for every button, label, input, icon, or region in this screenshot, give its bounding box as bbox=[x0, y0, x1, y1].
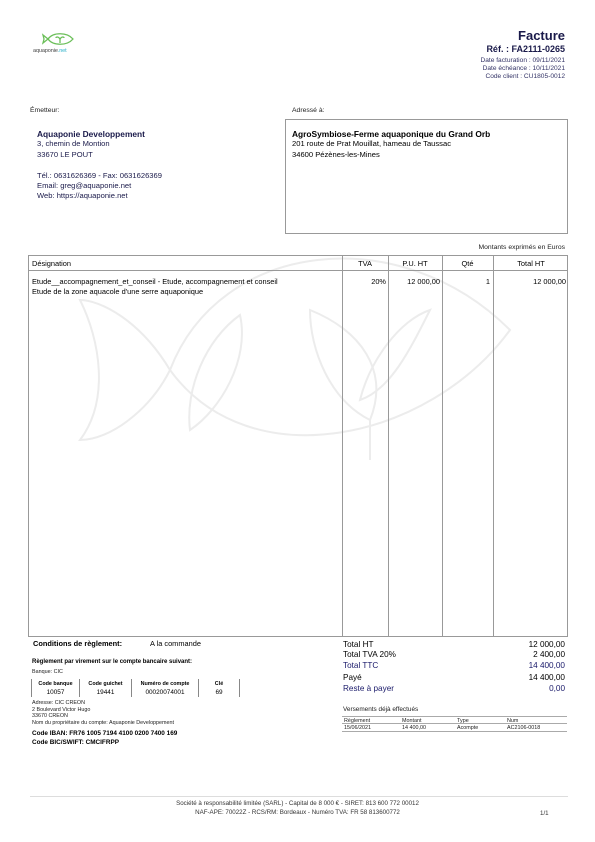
payment-date: 15/06/2021 bbox=[344, 725, 371, 731]
branch-code-value: 19441 bbox=[80, 689, 131, 696]
payments-done-table: Règlement Montant Type Num 15/06/2021 14… bbox=[342, 716, 567, 732]
fish-sprout-logo-icon bbox=[40, 31, 76, 47]
page-number: 1/1 bbox=[540, 810, 549, 817]
designation-description: Etude de la zone aquacole d'une serre aq… bbox=[32, 287, 278, 297]
emitter-name: Aquaponie Developpement bbox=[37, 129, 162, 139]
bank-address-line: 2 Boulevard Victor Hugo bbox=[32, 707, 174, 714]
total-value: 14 400,00 bbox=[529, 661, 565, 670]
account-number-cell: Numéro de compte 00020074001 bbox=[131, 679, 198, 697]
bank-address-line: 33670 CREON bbox=[32, 713, 174, 720]
payments-header-row: Règlement Montant Type Num bbox=[342, 716, 567, 724]
footer-divider bbox=[30, 796, 568, 797]
invoice-date: Date facturation : 09/11/2021 bbox=[480, 57, 565, 65]
recipient-address1: 201 route de Prat Mouillat, hameau de Ta… bbox=[292, 139, 490, 149]
client-code: Code client : CU1805-0012 bbox=[480, 73, 565, 81]
designation-line: Etude__accompagnement_et_conseil - Etude… bbox=[32, 277, 278, 287]
key-value: 69 bbox=[199, 689, 239, 696]
payment-type: Acompte bbox=[457, 725, 478, 731]
document-title: Facture bbox=[518, 28, 565, 43]
payment-num: AC2106-0018 bbox=[507, 725, 540, 731]
table-row: 15/06/2021 14 400,00 Acompte AC2106-0018 bbox=[342, 724, 567, 732]
recipient-label: Adressé à: bbox=[292, 107, 325, 114]
conditions-label: Conditions de règlement: bbox=[33, 639, 122, 648]
company-logo: aquaponie.net bbox=[30, 31, 90, 57]
footer-legal-line2: NAF-APE: 70022Z - RCS/RM: Bordeaux - Num… bbox=[0, 809, 595, 816]
column-divider bbox=[388, 256, 389, 636]
emitter-email[interactable]: Email: greg@aquaponie.net bbox=[37, 181, 162, 191]
header-tva: TVA bbox=[342, 259, 388, 268]
column-divider bbox=[442, 256, 443, 636]
header-total-ht: Total HT bbox=[493, 259, 569, 268]
column-divider bbox=[342, 256, 343, 636]
currency-note: Montants exprimés en Euros bbox=[478, 244, 565, 251]
row-qty: 1 bbox=[442, 277, 490, 286]
bank-code-value: 10057 bbox=[32, 689, 79, 696]
emitter-address2: 33670 LE POUT bbox=[37, 150, 162, 160]
emitter-phone: Tél.: 0631626369 - Fax: 0631626369 bbox=[37, 171, 162, 181]
total-label: Reste à payer bbox=[343, 684, 394, 693]
total-label: Total HT bbox=[343, 640, 373, 649]
key-cell: Clé 69 bbox=[198, 679, 240, 697]
payments-done-title: Versements déjà effectués bbox=[343, 706, 418, 713]
bank-details-table: Code banque 10057 Code guichet 19441 Num… bbox=[31, 679, 241, 697]
payment-amount: 14 400,00 bbox=[402, 725, 426, 731]
row-pu-ht: 12 000,00 bbox=[388, 277, 440, 286]
account-number-header: Numéro de compte bbox=[132, 681, 198, 687]
total-label: Total TVA 20% bbox=[343, 650, 396, 659]
conditions-value: A la commande bbox=[150, 639, 201, 648]
items-table: Désignation TVA P.U. HT Qté Total HT Etu… bbox=[28, 255, 568, 637]
due-date: Date échéance : 10/11/2021 bbox=[480, 65, 565, 73]
invoice-meta: Date facturation : 09/11/2021 Date échéa… bbox=[480, 57, 565, 82]
bic-code: Code BIC/SWIFT: CMCIFRPP bbox=[32, 739, 119, 746]
branch-code-header: Code guichet bbox=[80, 681, 131, 687]
emitter-label: Émetteur: bbox=[30, 107, 59, 114]
bank-name: Banque: CIC bbox=[32, 669, 63, 675]
header-pu-ht: P.U. HT bbox=[388, 259, 442, 268]
emitter-block: Aquaponie Developpement 3, chemin de Mon… bbox=[37, 129, 162, 202]
recipient-block: AgroSymbiose-Ferme aquaponique du Grand … bbox=[292, 129, 490, 160]
footer-legal-line1: Société à responsabilité limitée (SARL) … bbox=[0, 800, 595, 807]
iban-code: Code IBAN: FR76 1005 7194 4100 0200 7400… bbox=[32, 730, 177, 737]
bank-address: Adresse: CIC CREON 2 Boulevard Victor Hu… bbox=[32, 700, 174, 726]
header-designation: Désignation bbox=[32, 259, 71, 268]
row-tva: 20% bbox=[342, 277, 386, 286]
recipient-address2: 34600 Pézènes-les-Mines bbox=[292, 150, 490, 160]
bank-address-line: Adresse: CIC CREON bbox=[32, 700, 174, 707]
row-total-ht: 12 000,00 bbox=[493, 277, 566, 286]
column-divider bbox=[493, 256, 494, 636]
total-label: Total TTC bbox=[343, 661, 378, 670]
transfer-title: Règlement par virement sur le compte ban… bbox=[32, 659, 192, 665]
header-qty: Qté bbox=[442, 259, 493, 268]
branch-code-cell: Code guichet 19441 bbox=[79, 679, 131, 697]
total-label: Payé bbox=[343, 673, 362, 682]
account-owner: Nom du propriétaire du compte: Aquaponie… bbox=[32, 720, 174, 727]
recipient-name: AgroSymbiose-Ferme aquaponique du Grand … bbox=[292, 129, 490, 139]
row-designation: Etude__accompagnement_et_conseil - Etude… bbox=[32, 277, 278, 297]
total-value: 2 400,00 bbox=[533, 650, 565, 659]
total-value: 0,00 bbox=[549, 684, 565, 693]
emitter-web[interactable]: Web: https://aquaponie.net bbox=[37, 191, 162, 201]
bank-code-cell: Code banque 10057 bbox=[31, 679, 79, 697]
total-value: 14 400,00 bbox=[529, 673, 565, 682]
account-number-value: 00020074001 bbox=[132, 689, 198, 696]
key-header: Clé bbox=[199, 681, 239, 687]
invoice-reference: Réf. : FA2111-0265 bbox=[486, 44, 565, 54]
bank-code-header: Code banque bbox=[32, 681, 79, 687]
emitter-address1: 3, chemin de Montion bbox=[37, 139, 162, 149]
logo-wordmark: aquaponie.net bbox=[33, 48, 67, 54]
total-value: 12 000,00 bbox=[529, 640, 565, 649]
